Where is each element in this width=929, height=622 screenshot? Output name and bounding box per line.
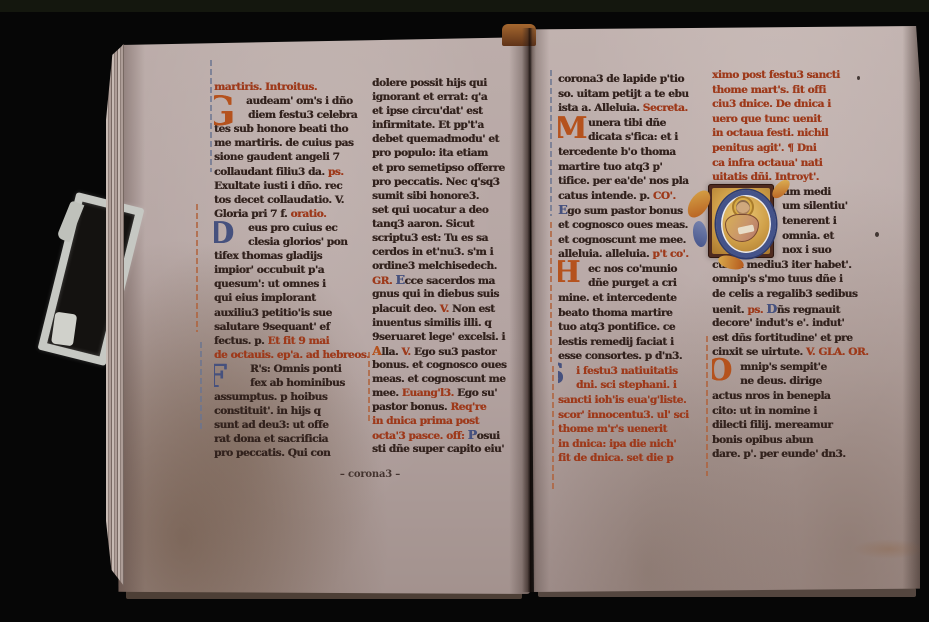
- text-segment: gnus qui in diebus suis: [372, 288, 499, 300]
- text-segment: tifice. per ea'de' nos pla: [558, 175, 688, 187]
- text-segment: in octaua festi. nichil: [712, 127, 828, 139]
- text-segment: ca infra octaua' nati: [712, 157, 822, 169]
- right-page-column-1: corona3 de lapide p'tioso. uitam petijt …: [558, 72, 710, 466]
- text-line: omnip's s'mo tuus dñe i: [712, 272, 880, 287]
- text-segment: fectus. p.: [214, 335, 268, 347]
- text-segment: tifex thomas gladijs: [214, 250, 322, 262]
- text-segment: bonis opibus abun: [712, 434, 813, 446]
- text-segment: thome m'r's uenerit: [558, 423, 667, 435]
- show-through-text: [852, 539, 926, 559]
- text-line: R's: Omnis ponti: [214, 362, 372, 376]
- text-line: auxiliu3 petitio'is sue: [214, 306, 372, 320]
- text-segment: fex ab hominibus: [250, 377, 345, 389]
- text-line: gnus qui in diebus suis: [372, 287, 528, 301]
- ink-speck: [857, 76, 860, 80]
- text-segment: ec nos co'munio: [588, 263, 677, 275]
- text-line: dñe purget a cri: [558, 276, 710, 291]
- text-segment: E: [558, 202, 567, 217]
- text-segment: tercedente b'o thoma: [558, 146, 676, 158]
- text-line: ignorant et errat: q'a: [372, 90, 528, 104]
- text-line: collaudant filiu3 da. ps.: [214, 165, 372, 179]
- text-segment: auxiliu3 petitio'is sue: [214, 307, 332, 319]
- text-line: pastor bonus. Req're: [372, 400, 528, 414]
- text-segment: salutare 9sequant' ef: [214, 321, 330, 333]
- text-segment: ñs regnauit: [777, 304, 840, 316]
- text-line: dolere possit hijs qui: [372, 76, 528, 90]
- text-segment: pro peccatis. Nec q'sq3: [372, 176, 499, 188]
- text-line: ne deus. dirige: [712, 374, 880, 389]
- text-segment: go sum pastor bonus: [567, 205, 682, 217]
- text-segment: ps.: [328, 166, 344, 178]
- text-segment: collaudant filiu3 da.: [214, 166, 328, 178]
- text-line: sione gaudent angeli 7: [214, 150, 372, 164]
- text-segment: martire tuo atq3 p': [558, 161, 662, 173]
- text-segment: set qui uocatur a deo: [372, 204, 488, 216]
- text-line: de celis a regalib3 sedibus: [712, 287, 880, 302]
- text-segment: uenit.: [712, 304, 747, 316]
- text-segment: pastor bonus.: [372, 401, 450, 413]
- text-line: infirmitate. Et pp't'a: [372, 118, 528, 132]
- text-line: meas. et cognoscunt me: [372, 372, 528, 386]
- text-segment: corona3 de lapide p'tio: [558, 73, 684, 85]
- text-segment: Exultate iusti i dño. rec: [214, 180, 342, 192]
- text-line: dare. p'. per eunde' dn3.: [712, 447, 880, 462]
- text-line: octa'3 pasce. off: Posui: [372, 428, 528, 442]
- text-segment: uitatis dñi. Introyt'.: [712, 171, 819, 183]
- text-line: Exultate iusti i dño. rec: [214, 179, 372, 193]
- text-segment: D: [766, 301, 776, 316]
- text-segment: dñe purget a cri: [588, 277, 676, 289]
- text-segment: octa'3 pasce. off:: [372, 430, 468, 442]
- text-line: est dñs fortitudine' et pre: [712, 331, 880, 346]
- text-line: penitus agit'. ¶ Dni: [712, 141, 880, 156]
- text-line: mee. Euang'l3. Ego su': [372, 386, 528, 400]
- text-line: placuit deo. V. Non est: [372, 302, 528, 316]
- text-segment: infirmitate. Et pp't'a: [372, 119, 484, 131]
- text-segment: sti dñe super capito eiu': [372, 443, 504, 455]
- ink-speck: [875, 232, 879, 237]
- text-line: alleluia. alleluia. p't co'.: [558, 247, 710, 262]
- text-segment: ordine3 melchisedech.: [372, 260, 497, 272]
- text-segment: actus nros in benepla: [712, 390, 830, 402]
- text-line: ciu3 dnice. De dnica i: [712, 97, 880, 112]
- pen-flourish: [368, 352, 370, 424]
- text-segment: debet quemadmodu' et: [372, 133, 499, 145]
- text-line: scor' innocentu3. ul' sci: [558, 408, 710, 423]
- text-segment: mine. et intercedente: [558, 292, 676, 304]
- text-segment: assumptus. p hoibus: [214, 391, 327, 403]
- text-line: set qui uocatur a deo: [372, 203, 528, 217]
- text-segment: et pro semetipso offerre: [372, 162, 505, 174]
- text-segment: qui eius implorant: [214, 292, 316, 304]
- text-line: rat dona et sacrificia: [214, 432, 372, 446]
- text-segment: tos decet collaudatio. V.: [214, 194, 344, 206]
- text-segment: esse consortes. p d'n3.: [558, 350, 682, 362]
- text-segment: Non est: [452, 303, 495, 315]
- text-line: constituit'. in hijs q: [214, 404, 372, 418]
- text-segment: et cognoscunt me mee.: [558, 234, 686, 246]
- text-line: corona3 de lapide p'tio: [558, 72, 710, 87]
- text-segment: thome mart's. fit offi: [712, 84, 826, 96]
- text-segment: decore' indut's e'. indut': [712, 317, 844, 329]
- text-segment: Et fit 9 mai: [268, 335, 330, 347]
- text-segment: mee.: [372, 387, 402, 399]
- text-line: fex ab hominibus: [214, 376, 372, 390]
- text-segment: inuentus similis illi. q: [372, 317, 491, 329]
- manuscript-photo: martiris. Introitus.audeam' om's i dñodi…: [0, 0, 929, 622]
- text-line: thome m'r's uenerit: [558, 422, 710, 437]
- text-segment: mnip's sempit'e: [740, 361, 827, 373]
- text-segment: eus pro cuius ec: [248, 222, 337, 234]
- text-segment: R's: Omnis ponti: [250, 363, 341, 375]
- catchword: – corona3 –: [306, 469, 434, 480]
- text-segment: pro populo: ita etiam: [372, 147, 488, 159]
- text-segment: penitus agit'. ¶ Dni: [712, 142, 816, 154]
- text-line: uero que tunc uenit: [712, 112, 880, 127]
- text-segment: quesum': ut omnes i: [214, 278, 326, 290]
- pen-initial-G: G: [214, 92, 235, 132]
- pen-initial-O: O: [712, 356, 732, 386]
- left-page-column-1: martiris. Introitus.audeam' om's i dñodi…: [214, 80, 372, 461]
- pen-flourish: [552, 366, 554, 492]
- text-segment: beato thoma martire: [558, 307, 672, 319]
- pen-flourish: [200, 342, 202, 430]
- text-line: tes sub honore beati tho: [214, 122, 372, 136]
- text-line: dni. sci stephani. i: [558, 378, 710, 393]
- text-segment: 9seruaret lege' excelsi. i: [372, 331, 505, 343]
- text-line: sancti ioh'is eua'g'liste.: [558, 393, 710, 408]
- text-segment: Req're: [450, 401, 486, 413]
- text-line: et ipse circu'dat' est: [372, 104, 528, 118]
- text-segment: dilecti filij. mereamur: [712, 419, 832, 431]
- text-segment: V. GLA. OR.: [806, 346, 869, 358]
- text-segment: um medi: [782, 186, 831, 198]
- text-segment: dicata s'fica: et i: [588, 131, 678, 143]
- text-line: tercedente b'o thoma: [558, 145, 710, 160]
- text-line: assumptus. p hoibus: [214, 390, 372, 404]
- text-segment: me martiris. de cuius pas: [214, 137, 353, 149]
- pen-initial-S: S: [558, 360, 564, 388]
- text-line: tifice. per ea'de' nos pla: [558, 174, 710, 189]
- text-line: in dnica prima post: [372, 414, 528, 428]
- text-segment: A: [372, 343, 381, 358]
- pen-flourish: [706, 336, 708, 476]
- text-segment: uero que tunc uenit: [712, 113, 821, 125]
- text-segment: de octauis. ep'a. ad hebreos.: [214, 349, 370, 361]
- text-segment: ps.: [747, 304, 766, 316]
- text-segment: omnia. et: [782, 230, 834, 242]
- text-line: debet quemadmodu' et: [372, 132, 528, 146]
- text-segment: est dñs fortitudine' et pre: [712, 332, 852, 344]
- text-segment: impior' occubuit p'a: [214, 264, 324, 276]
- text-line: audeam' om's i dño: [214, 94, 372, 108]
- text-line: cerdos in et'nu3. s'm i: [372, 245, 528, 259]
- text-segment: Ego su3 pastor: [414, 346, 496, 358]
- text-segment: ignorant et errat: q'a: [372, 91, 487, 103]
- right-page: corona3 de lapide p'tioso. uitam petijt …: [530, 26, 920, 592]
- text-line: tuo atq3 pontifice. ce: [558, 320, 710, 335]
- text-segment: V.: [401, 346, 413, 358]
- text-line: ordine3 melchisedech.: [372, 259, 528, 273]
- tab-fold: [56, 200, 84, 242]
- text-segment: nox i suo: [782, 244, 831, 256]
- text-segment: V.: [440, 303, 452, 315]
- text-line: et cognoscunt me mee.: [558, 233, 710, 248]
- text-segment: pro peccatis. Qui con: [214, 447, 330, 459]
- text-segment: audeam' om's i dño: [246, 95, 353, 107]
- left-page-column-2: dolere possit hijs quiignorant et errat:…: [372, 76, 528, 457]
- text-segment: P: [468, 427, 477, 442]
- text-line: pro peccatis. Qui con: [214, 446, 372, 460]
- text-line: cinxit se uirtute. V. GLA. OR.: [712, 345, 880, 360]
- text-line: pro peccatis. Nec q'sq3: [372, 175, 528, 189]
- saint-head: [736, 200, 750, 215]
- text-segment: scriptu3 est: Tu es sa: [372, 232, 488, 244]
- text-line: de octauis. ep'a. ad hebreos.: [214, 348, 372, 362]
- text-line: tos decet collaudatio. V.: [214, 193, 372, 207]
- text-line: uitatis dñi. Introyt'.: [712, 170, 880, 185]
- text-segment: lla.: [381, 346, 401, 358]
- text-line: cito: ut in nomine i: [712, 404, 880, 419]
- text-segment: et cognosco oues meas.: [558, 219, 688, 231]
- text-segment: tuo atq3 pontifice. ce: [558, 321, 675, 333]
- text-line: scriptu3 est: Tu es sa: [372, 231, 528, 245]
- text-line: lestis remedij faciat i: [558, 335, 710, 350]
- text-segment: tanq3 aaron. Sicut: [372, 218, 474, 230]
- text-segment: cce sacerdos ma: [405, 275, 495, 287]
- text-line: tanq3 aaron. Sicut: [372, 217, 528, 231]
- text-line: esse consortes. p d'n3.: [558, 349, 710, 364]
- page-edge-stack: [106, 44, 124, 586]
- text-segment: GR.: [372, 275, 395, 287]
- text-line: me martiris. de cuius pas: [214, 136, 372, 150]
- text-segment: sancti ioh'is eua'g'liste.: [558, 394, 686, 406]
- text-segment: CO'.: [653, 190, 676, 202]
- illuminated-initial-D: [708, 184, 774, 258]
- pen-initial-D: D: [214, 219, 234, 249]
- text-segment: et ipse circu'dat' est: [372, 105, 482, 117]
- text-line: et cognosco oues meas.: [558, 218, 710, 233]
- text-line: pro populo: ita etiam: [372, 146, 528, 160]
- text-line: sunt ad deu3: ut offe: [214, 418, 372, 432]
- text-line: bonis opibus abun: [712, 433, 880, 448]
- text-segment: tenerent i: [782, 215, 836, 227]
- pen-initial-M: M: [558, 114, 587, 144]
- text-line: in dnica: ipa die nich': [558, 437, 710, 452]
- text-segment: placuit deo.: [372, 303, 440, 315]
- text-segment: de celis a regalib3 sedibus: [712, 288, 857, 300]
- text-segment: dare. p'. per eunde' dn3.: [712, 448, 846, 460]
- text-line: salutare 9sequant' ef: [214, 320, 372, 334]
- text-segment: ciu3 dnice. De dnica i: [712, 98, 831, 110]
- text-segment: so. uitam petijt a te ebu: [558, 88, 689, 100]
- text-line: inuentus similis illi. q: [372, 316, 528, 330]
- text-line: ca infra octaua' nati: [712, 156, 880, 171]
- text-segment: oratio.: [290, 208, 326, 220]
- text-segment: i festu3 natiuitatis: [576, 365, 678, 377]
- text-segment: diem festu3 celebra: [248, 109, 357, 121]
- text-segment: fit de dnica. set die p: [558, 452, 673, 464]
- pen-flourish: [550, 222, 552, 362]
- text-line: fectus. p. Et fit 9 mai: [214, 334, 372, 348]
- text-segment: lestis remedij faciat i: [558, 336, 674, 348]
- text-segment: ne deus. dirige: [740, 375, 822, 387]
- text-line: martiris. Introitus.: [214, 80, 372, 94]
- text-segment: cito: ut in nomine i: [712, 405, 817, 417]
- text-segment: Euang'l3.: [402, 387, 457, 399]
- text-line: quesum': ut omnes i: [214, 277, 372, 291]
- text-segment: E: [395, 272, 404, 287]
- text-segment: cerdos in et'nu3. s'm i: [372, 246, 493, 258]
- text-segment: dni. sci stephani. i: [576, 379, 676, 391]
- text-line: et pro semetipso offerre: [372, 161, 528, 175]
- text-line: mnip's sempit'e: [712, 360, 880, 375]
- book-gutter: [522, 28, 536, 592]
- text-line: ximo post festu3 sancti: [712, 68, 880, 83]
- text-line: GR. Ecce sacerdos ma: [372, 273, 528, 287]
- text-line: tifex thomas gladijs: [214, 249, 372, 263]
- text-segment: ximo post festu3 sancti: [712, 69, 840, 81]
- pen-flourish: [210, 60, 212, 172]
- text-line: actus nros in benepla: [712, 389, 880, 404]
- text-segment: meas. et cognoscunt me: [372, 373, 505, 385]
- text-segment: clesia glorios' pon: [248, 236, 347, 248]
- background-top-band: [0, 0, 929, 12]
- pen-flourish: [196, 204, 198, 332]
- text-segment: um silentiu': [782, 200, 848, 212]
- text-segment: omnip's s'mo tuus dñe i: [712, 273, 843, 285]
- text-line: clesia glorios' pon: [214, 235, 372, 249]
- text-line: in octaua festi. nichil: [712, 126, 880, 141]
- text-segment: unera tibi dñe: [588, 117, 666, 129]
- text-line: Gloria pri 7 f. oratio.: [214, 207, 372, 221]
- text-line: beato thoma martire: [558, 306, 710, 321]
- text-line: decore' indut's e'. indut': [712, 316, 880, 331]
- tab-highlight: [51, 312, 77, 347]
- text-segment: rat dona et sacrificia: [214, 433, 328, 445]
- text-line: uenit. ps. Dñs regnauit: [712, 302, 880, 317]
- text-segment: in dnica prima post: [372, 415, 479, 427]
- text-line: Alla. V. Ego su3 pastor: [372, 344, 528, 358]
- text-line: mine. et intercedente: [558, 291, 710, 306]
- text-line: diem festu3 celebra: [214, 108, 372, 122]
- text-segment: scor' innocentu3. ul' sci: [558, 409, 689, 421]
- text-line: eus pro cuius ec: [214, 221, 372, 235]
- pen-initial-H: H: [558, 258, 580, 288]
- text-line: qui eius implorant: [214, 291, 372, 305]
- text-segment: in dnica: ipa die nich': [558, 438, 676, 450]
- text-segment: constituit'. in hijs q: [214, 405, 320, 417]
- text-segment: p't co'.: [652, 248, 688, 260]
- text-line: catus intende. p. CO'.: [558, 189, 710, 204]
- pen-flourish: [550, 70, 552, 216]
- text-line: dilecti filij. mereamur: [712, 418, 880, 433]
- left-page: martiris. Introitus.audeam' om's i dñodi…: [116, 36, 530, 594]
- text-line: i festu3 natiuitatis: [558, 364, 710, 379]
- text-line: so. uitam petijt a te ebu: [558, 87, 710, 102]
- text-line: fit de dnica. set die p: [558, 451, 710, 466]
- text-line: impior' occubuit p'a: [214, 263, 372, 277]
- text-segment: sunt ad deu3: ut offe: [214, 419, 328, 431]
- text-line: sti dñe super capito eiu': [372, 442, 528, 456]
- text-line: sumit sibi honore3.: [372, 189, 528, 203]
- pen-initial-F: F: [214, 360, 226, 392]
- text-line: bonus. et cognosco oues: [372, 358, 528, 372]
- text-segment: osui: [477, 430, 500, 442]
- text-segment: bonus. et cognosco oues: [372, 359, 506, 371]
- text-line: ec nos co'munio: [558, 262, 710, 277]
- text-segment: Secreta.: [643, 102, 688, 114]
- text-segment: Ego su': [457, 387, 497, 399]
- text-line: 9seruaret lege' excelsi. i: [372, 330, 528, 344]
- text-line: thome mart's. fit offi: [712, 83, 880, 98]
- text-line: martire tuo atq3 p': [558, 160, 710, 175]
- text-segment: sumit sibi honore3.: [372, 190, 479, 202]
- text-segment: dolere possit hijs qui: [372, 77, 487, 89]
- text-segment: catus intende. p.: [558, 190, 653, 202]
- text-segment: sione gaudent angeli 7: [214, 151, 339, 163]
